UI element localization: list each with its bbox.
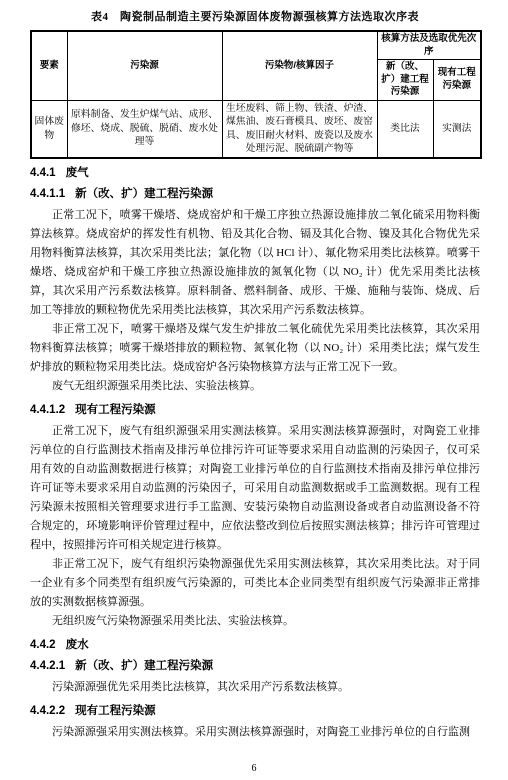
section-title: 新（改、扩）建工程污染源 <box>75 188 213 200</box>
page-number: 6 <box>0 763 508 774</box>
col-header-method-group: 核算方法及选取优先次序 <box>377 31 481 60</box>
paragraph: 非正常工况下，喷雾干燥塔及煤气发生炉排放二氧化硫优先采用类比法核算，其次采用物料… <box>30 320 480 377</box>
section-number: 4.4.2.2 <box>30 704 65 718</box>
section-heading-4-4-1-2: 4.4.1.2现有工程污染源 <box>30 403 480 417</box>
table-header-row-1: 要素 污染源 污染物/核算因子 核算方法及选取优先次序 <box>31 31 481 60</box>
section-title: 废气 <box>66 167 89 179</box>
section-number: 4.4.2.1 <box>30 659 65 673</box>
document-body: 4.4.1废气 4.4.1.1新（改、扩）建工程污染源 正常工况下，喷雾干燥塔、… <box>30 166 480 742</box>
section-title: 现有工程污染源 <box>75 705 156 717</box>
paragraph: 污染源源强采用实测法核算。采用实测法核算源强时，对陶瓷工业排污单位的自行监测 <box>30 723 480 742</box>
cell-pollutant-factor: 生坯废料、筛上物、铁渣、炉渣、煤焦油、废石膏模具、废坯、废窑具、废旧耐火材料、废… <box>222 100 377 158</box>
paragraph: 废气无组织源强采用类比法、实验法核算。 <box>30 377 480 396</box>
section-heading-4-4-2-1: 4.4.2.1新（改、扩）建工程污染源 <box>30 659 480 673</box>
cell-pollution-source: 原料制备、发生炉煤气站、成形、修坯、烧成、脱硫、脱硝、废水处理等 <box>67 100 222 158</box>
cell-method-new: 类比法 <box>377 100 433 158</box>
section-heading-4-4-1: 4.4.1废气 <box>30 166 480 180</box>
table-caption: 表4 陶瓷制品制造主要污染源固体废物源强核算方法选取次序表 <box>30 10 480 24</box>
col-header-pollution-source: 污染源 <box>67 31 222 100</box>
section-title: 现有工程污染源 <box>75 404 156 416</box>
section-number: 4.4.1.2 <box>30 403 65 417</box>
col-header-method-existing: 现有工程污染源 <box>433 60 481 101</box>
section-number: 4.4.1.1 <box>30 187 65 201</box>
section-heading-4-4-2-2: 4.4.2.2现有工程污染源 <box>30 704 480 718</box>
paragraph: 非正常工况下，废气有组织污染物源强优先采用实测法核算，其次采用类比法。对于同一企… <box>30 555 480 612</box>
section-heading-4-4-2: 4.4.2废水 <box>30 638 480 652</box>
section-number: 4.4.1 <box>30 166 56 180</box>
table-row-solid-waste: 固体废物 原料制备、发生炉煤气站、成形、修坯、烧成、脱硫、脱硝、废水处理等 生坯… <box>31 100 481 158</box>
section-number: 4.4.2 <box>30 638 56 652</box>
section-title: 新（改、扩）建工程污染源 <box>75 660 213 672</box>
cell-element: 固体废物 <box>31 100 67 158</box>
section-title: 废水 <box>66 639 89 651</box>
table-4-solid-waste-methods: 要素 污染源 污染物/核算因子 核算方法及选取优先次序 新（改、扩）建工程污染源… <box>30 30 482 159</box>
section-heading-4-4-1-1: 4.4.1.1新（改、扩）建工程污染源 <box>30 187 480 201</box>
paragraph: 正常工况下，废气有组织源强采用实测法核算。采用实测法核算源强时，对陶瓷工业排污单… <box>30 422 480 555</box>
paragraph: 正常工况下，喷雾干燥塔、烧成窑炉和干燥工序独立热源设施排放二氧化硫采用物料衡算法… <box>30 206 480 320</box>
cell-method-existing: 实测法 <box>433 100 481 158</box>
document-page: 表4 陶瓷制品制造主要污染源固体废物源强核算方法选取次序表 要素 污染源 污染物… <box>0 0 508 780</box>
col-header-pollutant-factor: 污染物/核算因子 <box>222 31 377 100</box>
col-header-method-new: 新（改、扩）建工程污染源 <box>377 60 433 101</box>
paragraph: 无组织废气污染物源强采用类比法、实验法核算。 <box>30 612 480 631</box>
col-header-element: 要素 <box>31 31 67 100</box>
paragraph: 污染源源强优先采用类比法核算，其次采用产污系数法核算。 <box>30 678 480 697</box>
